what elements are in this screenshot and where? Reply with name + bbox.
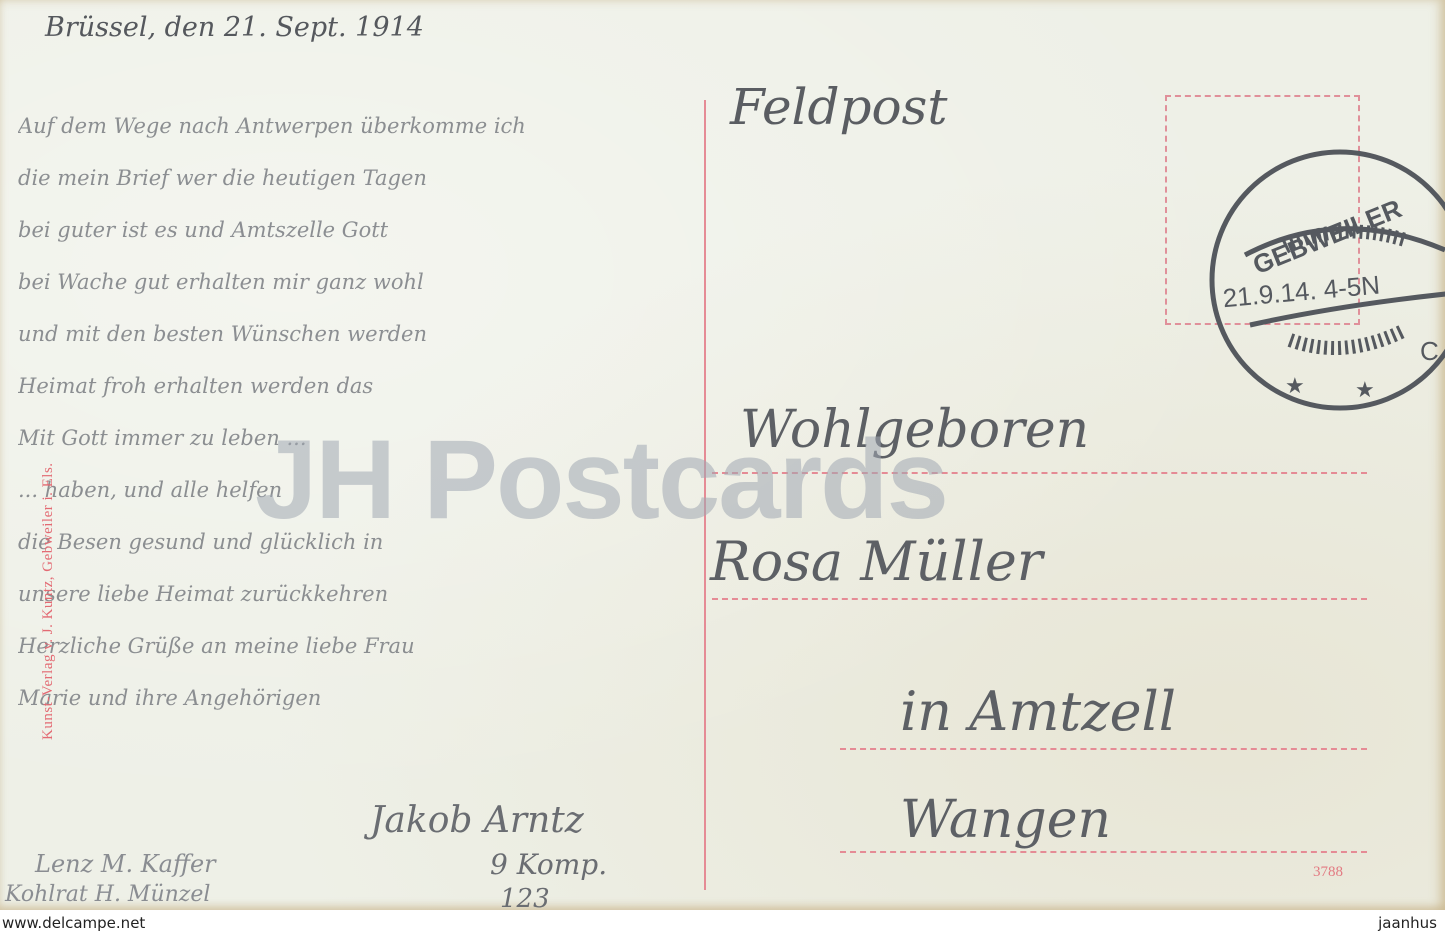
unit-company: 9 Komp. xyxy=(490,848,607,881)
address-town: in Amtzell xyxy=(900,680,1176,743)
message-line: die mein Brief wer die heutigen Tagen xyxy=(18,152,708,204)
message-line: und mit den besten Wünschen werden xyxy=(18,308,708,360)
message-line: Marie und ihre Angehörigen xyxy=(18,672,708,724)
unit-number: 123 xyxy=(500,884,550,914)
extra-signature: Lenz M. Kaffer xyxy=(35,850,216,878)
card-number: 3788 xyxy=(1313,864,1343,881)
publisher-imprint: Kunst-Verlag v. J. Kuntz, Gebweiler i. E… xyxy=(40,462,57,740)
credit-left: www.delcampe.net xyxy=(2,914,145,932)
message-line: unsere liebe Heimat zurückkehren xyxy=(18,568,708,620)
message-line: Auf dem Wege nach Antwerpen überkomme ic… xyxy=(18,100,708,152)
address-line xyxy=(840,748,1367,750)
feldpost-heading: Feldpost xyxy=(730,78,947,136)
message-line: Heimat froh erhalten werden das xyxy=(18,360,708,412)
svg-text:★: ★ xyxy=(1285,374,1305,399)
postmark-icon: GEBWEILER 21.9.14. 4-5N C ★ ★ xyxy=(1205,145,1445,415)
extra-signature: Kohlrat H. Münzel xyxy=(5,882,210,907)
message-line: bei guter ist es und Amtszelle Gott xyxy=(18,204,708,256)
svg-text:★: ★ xyxy=(1355,378,1375,403)
address-district: Wangen xyxy=(900,790,1111,850)
address-line xyxy=(840,851,1367,853)
postcard-back: Brüssel, den 21. Sept. 1914 Feldpost Auf… xyxy=(0,0,1445,910)
signature: Jakob Arntz xyxy=(370,800,584,841)
watermark: JH Postcards xyxy=(255,415,947,544)
message-line: bei Wache gut erhalten mir ganz wohl xyxy=(18,256,708,308)
postmark-letter: C xyxy=(1420,336,1439,366)
message-line: Herzliche Grüße an meine liebe Frau xyxy=(18,620,708,672)
dateline: Brüssel, den 21. Sept. 1914 xyxy=(45,12,424,43)
credit-right: jaanhus xyxy=(1378,914,1437,932)
address-line xyxy=(712,598,1367,600)
message-body: Auf dem Wege nach Antwerpen überkomme ic… xyxy=(18,100,708,724)
